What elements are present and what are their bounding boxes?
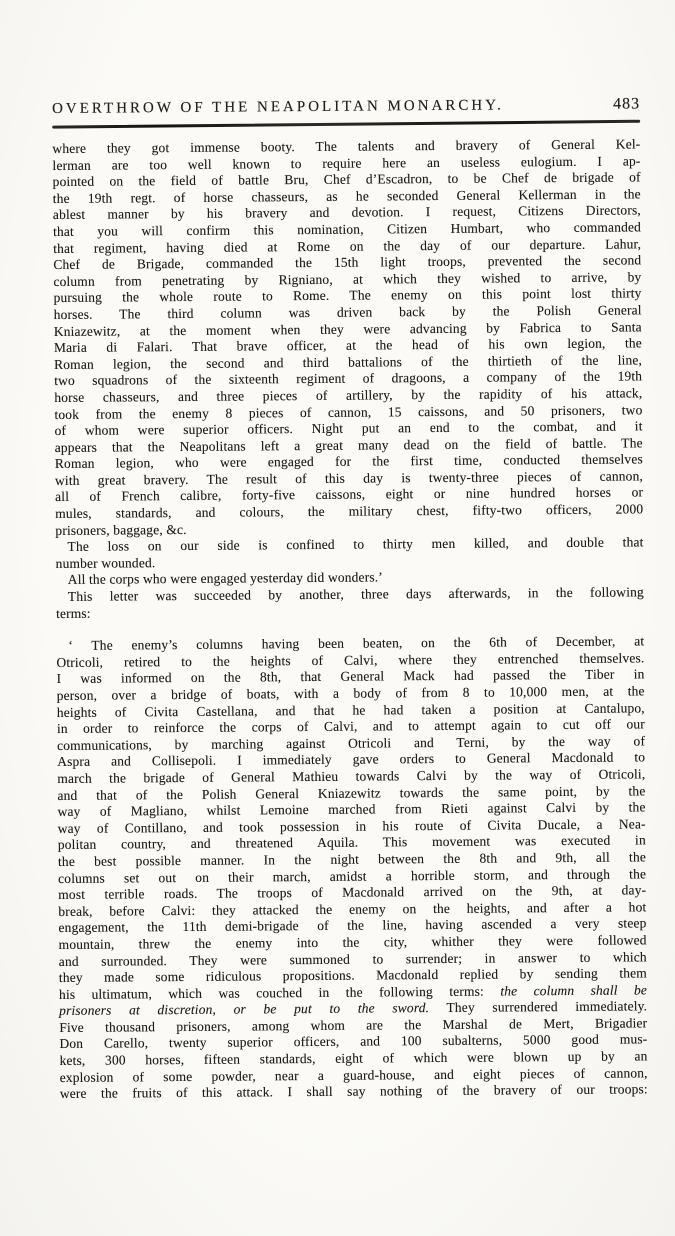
page-content: OVERTHROW OF THE NEAPOLITAN MONARCHY. 48… xyxy=(52,95,648,1102)
text-run: This letter was succeeded by another, th… xyxy=(68,584,644,604)
paragraph: where they got immense booty. The talent… xyxy=(52,136,643,539)
text-run: prisoners, baggage, &c. xyxy=(55,522,186,538)
text-run: number wounded. xyxy=(56,555,156,571)
paragraph: The loss on our side is confined to thir… xyxy=(55,535,643,573)
text-line: were the fruits of this attack. I shall … xyxy=(60,1082,648,1103)
running-header: OVERTHROW OF THE NEAPOLITAN MONARCHY. 48… xyxy=(52,95,640,118)
text-run: his ultimatum, which was couched in the … xyxy=(59,983,500,1001)
text-run: mules, standards, and colours, the milit… xyxy=(55,501,643,521)
italic-text-run: prisoners at discretion, or be put to th… xyxy=(59,1000,429,1018)
paragraph: This letter was succeeded by another, th… xyxy=(56,584,644,622)
header-rule-divider xyxy=(52,120,640,129)
page-title: OVERTHROW OF THE NEAPOLITAN MONARCHY. xyxy=(52,97,504,118)
text-run: The loss on our side is confined to thir… xyxy=(67,535,643,555)
text-run: They surrendered immediately. xyxy=(429,999,647,1016)
paragraph: ‘ The enemy’s columns having been beaten… xyxy=(56,634,648,1103)
text-run: were the fruits of this attack. I shall … xyxy=(60,1082,648,1102)
text-run: All the corps who were engaged yesterday… xyxy=(68,570,383,587)
scanned-book-page: OVERTHROW OF THE NEAPOLITAN MONARCHY. 48… xyxy=(0,0,675,1236)
text-run: terms: xyxy=(56,605,91,620)
italic-text-run: the column shall be xyxy=(500,982,647,998)
page-number: 483 xyxy=(613,95,640,113)
page-text: where they got immense booty. The talent… xyxy=(52,136,648,1102)
